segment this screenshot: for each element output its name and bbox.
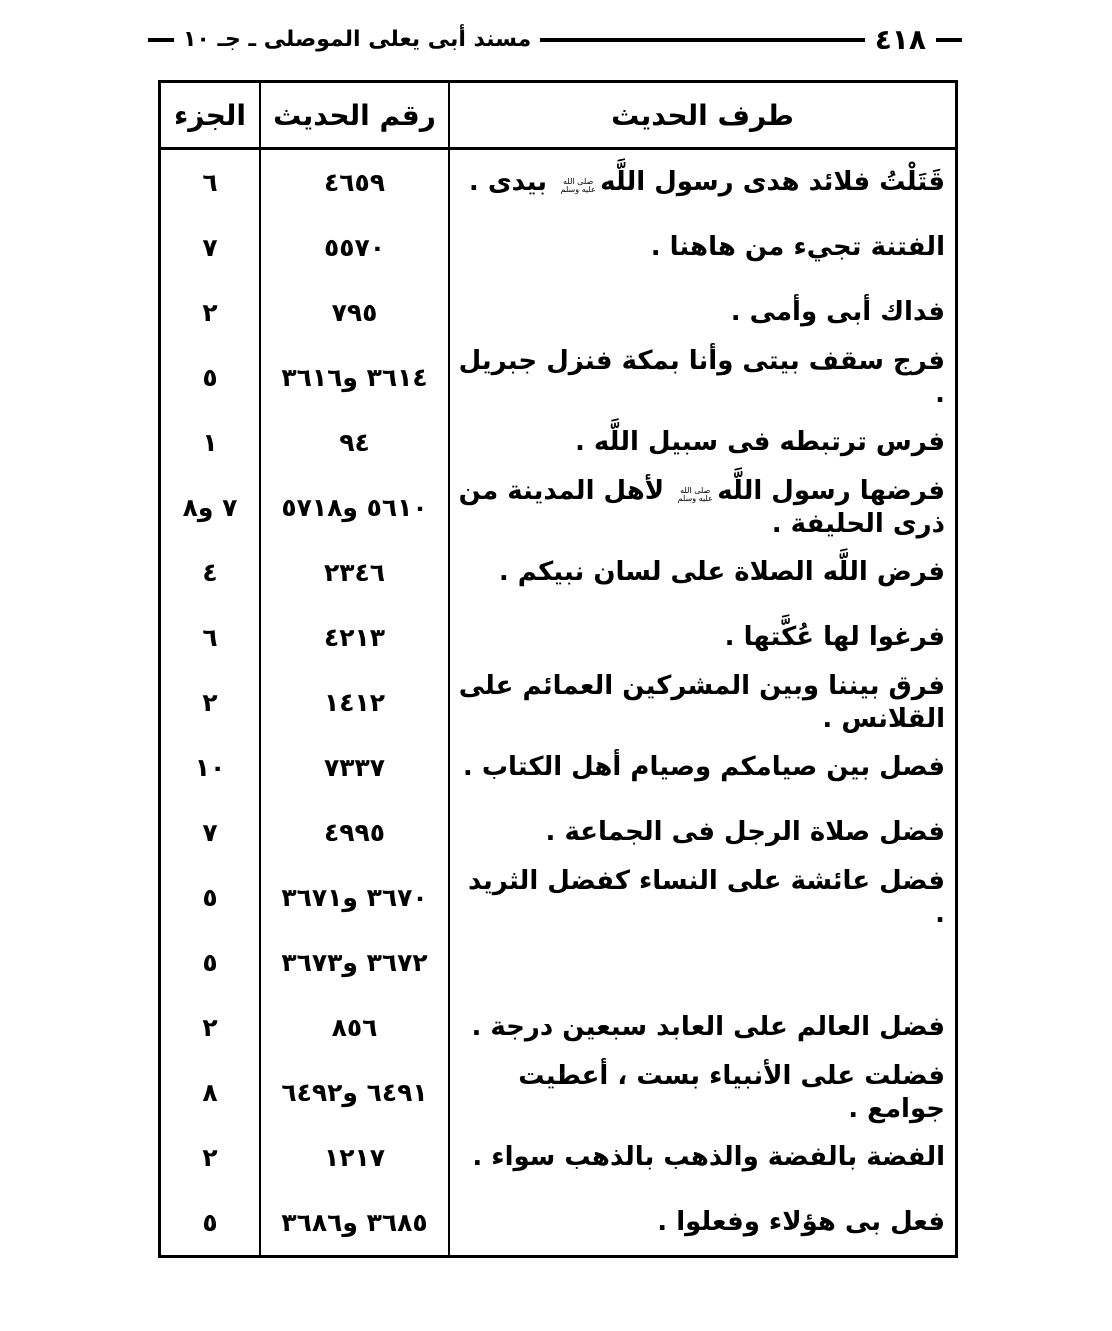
volume-cell: ٧ bbox=[161, 800, 261, 865]
volume-cell: ٨ bbox=[161, 1060, 261, 1125]
hadith-number-cell: ٣٦٧٠ و٣٦٧١ bbox=[261, 865, 450, 930]
hadith-text-cell: فصل بين صيامكم وصيام أهل الكتاب . bbox=[450, 751, 955, 784]
hadith-number-cell: ٧٣٣٧ bbox=[261, 735, 450, 800]
hadith-text-cell: فضلت على الأنبياء بست ، أعطيت جوامع . bbox=[450, 1060, 955, 1125]
volume-number: ٧ و٨ bbox=[183, 493, 238, 522]
hadith-number-cell: ٩٤ bbox=[261, 410, 450, 475]
hadith-number-cell: ٤٢١٣ bbox=[261, 605, 450, 670]
table-row: الفتنة تجيء من هاهنا . ٥٥٧٠ ٧ bbox=[161, 215, 955, 280]
volume-cell: ٦ bbox=[161, 150, 261, 215]
hadith-text-cell: الفتنة تجيء من هاهنا . bbox=[450, 231, 955, 264]
volume-cell: ٢ bbox=[161, 1125, 261, 1190]
hadith-number-cell: ٢٣٤٦ bbox=[261, 540, 450, 605]
volume-number: ٥ bbox=[202, 363, 217, 392]
table-row: فرضها رسول اللَّهصلى الله عليه وسلم لأهل… bbox=[161, 475, 955, 540]
hadith-number: ٨٥٦ bbox=[332, 1013, 378, 1042]
table-row: فصل بين صيامكم وصيام أهل الكتاب . ٧٣٣٧ ١… bbox=[161, 735, 955, 800]
table-row: فضل صلاة الرجل فى الجماعة . ٤٩٩٥ ٧ bbox=[161, 800, 955, 865]
header-rule bbox=[540, 38, 864, 42]
hadith-number: ٣٦٧٢ و٣٦٧٣ bbox=[281, 948, 427, 977]
table-row: فرق بيننا وبين المشركين العمائم على القل… bbox=[161, 670, 955, 735]
hadith-number: ١٤١٢ bbox=[324, 688, 385, 717]
column-header-volume: الجزء bbox=[161, 83, 261, 147]
table-row: ٣٦٧٢ و٣٦٧٣ ٥ bbox=[161, 930, 955, 995]
volume-number: ٧ bbox=[202, 233, 217, 262]
volume-cell: ٢ bbox=[161, 280, 261, 345]
hadith-number: ٩٤ bbox=[339, 428, 370, 457]
hadith-number: ٧٩٥ bbox=[332, 298, 378, 327]
hadith-text-cell: الفضة بالفضة والذهب بالذهب سواء . bbox=[450, 1141, 955, 1174]
hadith-text-cell: فرضها رسول اللَّهصلى الله عليه وسلم لأهل… bbox=[450, 475, 955, 540]
hadith-text-cell: فرج سقف بيتى وأنا بمكة فنزل جبريل . bbox=[450, 345, 955, 410]
hadith-text-cell: فرض اللَّه الصلاة على لسان نبيكم . bbox=[450, 556, 955, 589]
table-row: فرغوا لها عُكَّتها . ٤٢١٣ ٦ bbox=[161, 605, 955, 670]
table-row: فضل العالم على العابد سبعين درجة . ٨٥٦ ٢ bbox=[161, 995, 955, 1060]
hadith-number: ٤٩٩٥ bbox=[324, 818, 385, 847]
hadith-number-cell: ٣٦٧٢ و٣٦٧٣ bbox=[261, 930, 450, 995]
hadith-text-cell: فضل عائشة على النساء كفضل الثريد . bbox=[450, 865, 955, 930]
book-title: مسند أبى يعلى الموصلى ـ جـ ١٠ bbox=[181, 27, 533, 53]
table-row: فعل بى هؤلاء وفعلوا . ٣٦٨٥ و٣٦٨٦ ٥ bbox=[161, 1190, 955, 1255]
dash-ornament-left bbox=[148, 38, 174, 42]
table-row: فرض اللَّه الصلاة على لسان نبيكم . ٢٣٤٦ … bbox=[161, 540, 955, 605]
volume-number: ٦ bbox=[202, 168, 217, 197]
hadith-number: ٣٦٧٠ و٣٦٧١ bbox=[281, 883, 427, 912]
hadith-text: فضلت على الأنبياء بست ، أعطيت جوامع . bbox=[518, 1061, 945, 1124]
volume-number: ٢ bbox=[202, 298, 217, 327]
table-row: فرج سقف بيتى وأنا بمكة فنزل جبريل . ٣٦١٤… bbox=[161, 345, 955, 410]
hadith-text-cell: فرق بيننا وبين المشركين العمائم على القل… bbox=[450, 670, 955, 735]
hadith-number-cell: ١٤١٢ bbox=[261, 670, 450, 735]
volume-cell: ٢ bbox=[161, 995, 261, 1060]
hadith-number-cell: ٥٥٧٠ bbox=[261, 215, 450, 280]
table-row: فرس ترتبطه فى سبيل اللَّه . ٩٤ ١ bbox=[161, 410, 955, 475]
page-number: ٤١٨ bbox=[872, 26, 929, 54]
volume-cell: ٦ bbox=[161, 605, 261, 670]
hadith-number: ٥٥٧٠ bbox=[324, 233, 385, 262]
hadith-number: ٧٣٣٧ bbox=[324, 753, 385, 782]
hadith-number: ٥٦١٠ و٥٧١٨ bbox=[281, 493, 427, 522]
volume-cell: ٧ bbox=[161, 215, 261, 280]
hadith-number-cell: ٣٦٨٥ و٣٦٨٦ bbox=[261, 1190, 450, 1255]
hadith-text: فرضها رسول اللَّه bbox=[717, 476, 945, 506]
hadith-text-cell: فضل العالم على العابد سبعين درجة . bbox=[450, 1011, 955, 1044]
volume-cell: ٢ bbox=[161, 670, 261, 735]
hadith-text: فرس ترتبطه فى سبيل اللَّه . bbox=[575, 427, 945, 457]
hadith-number: ٣٦١٤ و٣٦١٦ bbox=[281, 363, 427, 392]
table-row: فضل عائشة على النساء كفضل الثريد . ٣٦٧٠ … bbox=[161, 865, 955, 930]
volume-cell: ٥ bbox=[161, 865, 261, 930]
hadith-number-cell: ٤٦٥٩ bbox=[261, 150, 450, 215]
hadith-number-cell: ٤٩٩٥ bbox=[261, 800, 450, 865]
hadith-text: فضل صلاة الرجل فى الجماعة . bbox=[546, 817, 945, 847]
volume-number: ٤ bbox=[202, 558, 217, 587]
hadith-text: فضل عائشة على النساء كفضل الثريد . bbox=[468, 866, 945, 929]
hadith-number: ٤٦٥٩ bbox=[324, 168, 385, 197]
hadith-text: فضل العالم على العابد سبعين درجة . bbox=[471, 1012, 945, 1042]
hadith-text: فرق بيننا وبين المشركين العمائم على القل… bbox=[459, 671, 945, 734]
volume-cell: ٥ bbox=[161, 345, 261, 410]
hadith-number-cell: ٧٩٥ bbox=[261, 280, 450, 345]
hadith-text-cell: فرس ترتبطه فى سبيل اللَّه . bbox=[450, 426, 955, 459]
hadith-text: فرج سقف بيتى وأنا بمكة فنزل جبريل . bbox=[459, 346, 945, 409]
volume-number: ١٠ bbox=[195, 753, 226, 782]
volume-number: ١ bbox=[202, 428, 217, 457]
volume-number: ٥ bbox=[202, 1208, 217, 1237]
volume-cell: ٥ bbox=[161, 930, 261, 995]
volume-number: ٥ bbox=[202, 948, 217, 977]
hadith-text: فعل بى هؤلاء وفعلوا . bbox=[657, 1207, 945, 1237]
hadith-number: ٤٢١٣ bbox=[324, 623, 385, 652]
hadith-number: ١٢١٧ bbox=[324, 1143, 385, 1172]
table-row: الفضة بالفضة والذهب بالذهب سواء . ١٢١٧ ٢ bbox=[161, 1125, 955, 1190]
volume-cell: ٥ bbox=[161, 1190, 261, 1255]
hadith-text-after: بيدى . bbox=[469, 167, 556, 197]
volume-number: ٥ bbox=[202, 883, 217, 912]
table-row: فداك أبى وأمى . ٧٩٥ ٢ bbox=[161, 280, 955, 345]
table-header-row: طرف الحديث رقم الحديث الجزء bbox=[161, 83, 955, 150]
table-row: قَتَلْتُ فلائد هدى رسول اللَّهصلى الله ع… bbox=[161, 150, 955, 215]
hadith-number: ٦٤٩١ و٦٤٩٢ bbox=[281, 1078, 427, 1107]
hadith-text: فرض اللَّه الصلاة على لسان نبيكم . bbox=[499, 557, 945, 587]
volume-cell: ٧ و٨ bbox=[161, 475, 261, 540]
hadith-text-cell: فضل صلاة الرجل فى الجماعة . bbox=[450, 816, 955, 849]
hadith-text: قَتَلْتُ فلائد هدى رسول اللَّه bbox=[600, 167, 945, 197]
hadith-number-cell: ٦٤٩١ و٦٤٩٢ bbox=[261, 1060, 450, 1125]
hadith-number-cell: ٣٦١٤ و٣٦١٦ bbox=[261, 345, 450, 410]
column-header-hadith-number: رقم الحديث bbox=[261, 83, 450, 147]
hadith-text-cell: فرغوا لها عُكَّتها . bbox=[450, 621, 955, 654]
hadith-number: ٣٦٨٥ و٣٦٨٦ bbox=[281, 1208, 427, 1237]
table-row: فضلت على الأنبياء بست ، أعطيت جوامع . ٦٤… bbox=[161, 1060, 955, 1125]
volume-number: ٧ bbox=[202, 818, 217, 847]
page-header: ٤١٨ مسند أبى يعلى الموصلى ـ جـ ١٠ bbox=[148, 26, 962, 54]
hadith-text: الفتنة تجيء من هاهنا . bbox=[651, 232, 945, 262]
hadith-index-table: طرف الحديث رقم الحديث الجزء قَتَلْتُ فلا… bbox=[158, 80, 958, 1258]
hadith-number-cell: ٥٦١٠ و٥٧١٨ bbox=[261, 475, 450, 540]
volume-cell: ٤ bbox=[161, 540, 261, 605]
hadith-text: فصل بين صيامكم وصيام أهل الكتاب . bbox=[463, 752, 945, 782]
table-body: قَتَلْتُ فلائد هدى رسول اللَّهصلى الله ع… bbox=[161, 150, 955, 1255]
volume-number: ٢ bbox=[202, 1013, 217, 1042]
volume-cell: ١٠ bbox=[161, 735, 261, 800]
volume-number: ٢ bbox=[202, 688, 217, 717]
hadith-text: فرغوا لها عُكَّتها . bbox=[725, 622, 945, 652]
hadith-text-cell: فداك أبى وأمى . bbox=[450, 296, 955, 329]
volume-number: ٦ bbox=[202, 623, 217, 652]
hadith-text-cell: فعل بى هؤلاء وفعلوا . bbox=[450, 1206, 955, 1239]
volume-cell: ١ bbox=[161, 410, 261, 475]
hadith-text: فداك أبى وأمى . bbox=[731, 297, 945, 327]
volume-number: ٢ bbox=[202, 1143, 217, 1172]
hadith-number-cell: ١٢١٧ bbox=[261, 1125, 450, 1190]
hadith-number: ٢٣٤٦ bbox=[324, 558, 385, 587]
hadith-text-cell: قَتَلْتُ فلائد هدى رسول اللَّهصلى الله ع… bbox=[450, 166, 955, 199]
prophet-honorific-seal: صلى الله عليه وسلم bbox=[676, 487, 714, 503]
volume-number: ٨ bbox=[202, 1078, 217, 1107]
column-header-hadith-part: طرف الحديث bbox=[450, 99, 955, 132]
dash-ornament-right bbox=[936, 38, 962, 42]
hadith-text: الفضة بالفضة والذهب بالذهب سواء . bbox=[472, 1142, 945, 1172]
hadith-number-cell: ٨٥٦ bbox=[261, 995, 450, 1060]
prophet-honorific-seal: صلى الله عليه وسلم bbox=[559, 178, 597, 194]
